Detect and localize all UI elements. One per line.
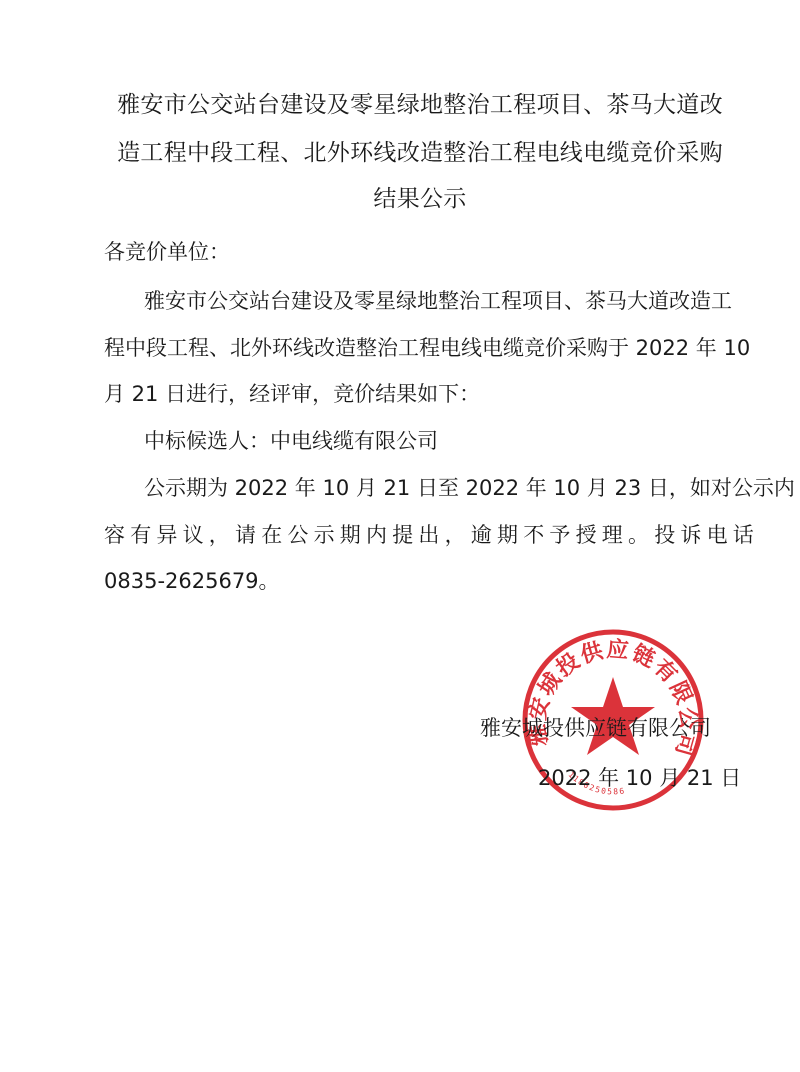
signature-organization: 雅安城投供应链有限公司 (480, 712, 711, 742)
salutation: 各竞价单位： (104, 236, 230, 266)
document-title-line-1: 雅安市公交站台建设及零星绿地整治工程项目、茶马大道改 (100, 86, 740, 119)
paragraph-1-line-3: 月 21 日进行，经评审，竞价结果如下： (104, 378, 480, 408)
document-title-line-3: 结果公示 (100, 180, 740, 213)
paragraph-1-line-1: 雅安市公交站台建设及零星绿地整治工程项目、茶马大道改造工 (144, 285, 732, 315)
winning-candidate: 中标候选人：中电线缆有限公司 (144, 425, 438, 455)
document-title-line-2: 造工程中段工程、北外环线改造整治工程电线电缆竞价采购 (100, 134, 740, 167)
paragraph-2-line-1: 公示期为 2022 年 10 月 21 日至 2022 年 10 月 23 日，… (144, 472, 795, 502)
signature-date: 2022 年 10 月 21 日 (538, 762, 741, 792)
paragraph-2-line-3: 0835-2625679。 (104, 565, 280, 595)
paragraph-2-line-2: 容有异议，请在公示期内提出，逾期不予授理。投诉电话 (104, 519, 759, 549)
paragraph-1-line-2: 程中段工程、北外环线改造整治工程电线电缆竞价采购于 2022 年 10 (104, 332, 750, 362)
